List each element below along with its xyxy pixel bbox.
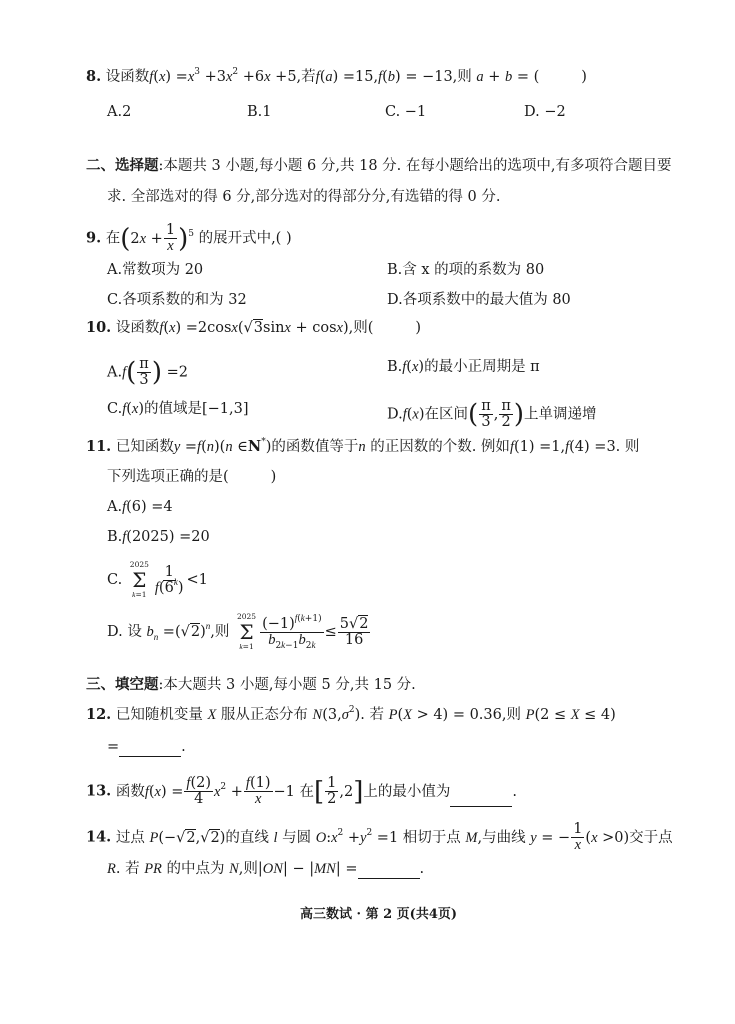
q10-stem: 10. 设函数f(x) =2cosx(√3sinx + cosx),则() — [86, 318, 421, 338]
q10-option-a: A.f(π3) =2 — [107, 357, 188, 388]
q12-answer-blank[interactable] — [119, 742, 181, 757]
q13-answer-blank[interactable] — [450, 792, 512, 807]
q14-stem-line2: R. 若 PR 的中点为 N,则|ON| − |MN| =. — [107, 859, 424, 879]
q8-option-b: B.1 — [247, 102, 272, 122]
page-footer: 高三数试 · 第 2 页(共4页) — [300, 905, 457, 925]
q12-number: 12. — [86, 706, 111, 723]
section3-title: 三、填空题 — [86, 676, 159, 693]
q9-stem: 9. 在(2x +1x)5 的展开式中,( ) — [86, 223, 292, 254]
q10-option-b: B.f(x)的最小正周期是 π — [387, 357, 540, 377]
q8-option-a: A.2 — [107, 102, 131, 122]
q11-stem-line2: 下列选项正确的是() — [107, 467, 276, 487]
q11-option-c: C. 2025Σk=11f(6k)<1 — [107, 560, 208, 600]
q9-option-a: A.常数项为 20 — [107, 260, 203, 280]
q8-stem-text: 设函数f(x) =x3 +3x2 +6x +5,若f(a) =15,f(b) =… — [106, 69, 587, 85]
q13-stem: 13. 函数f(x) =f(2)4x2 +f(1)x−1 在[12,2]上的最小… — [86, 776, 517, 807]
q14-answer-blank[interactable] — [358, 864, 420, 879]
q10-option-c: C.f(x)的值域是[−1,3] — [107, 399, 249, 419]
q10-number: 10. — [86, 319, 111, 336]
q9-prefix: 在 — [106, 231, 121, 247]
q14-stem-line1: 14. 过点 P(−√2,√2)的直线 l 与圆 O:x2 +y2 =1 相切于… — [86, 822, 673, 853]
q8-number: 8. — [86, 68, 101, 85]
q11-option-a: A.f(6) =4 — [107, 497, 173, 517]
q11-option-b: B.f(2025) =20 — [107, 527, 210, 547]
section2-header: 二、选择题:本题共 3 小题,每小题 6 分,共 18 分. 在每小题给出的选项… — [86, 156, 671, 176]
q8-option-c: C. −1 — [385, 102, 426, 122]
q11-stem-line1: 11. 已知函数y =f(n)(n ∈N*)的函数值等于n 的正因数的个数. 例… — [86, 437, 639, 457]
section3-header: 三、填空题:本大题共 3 小题,每小题 5 分,共 15 分. — [86, 675, 416, 695]
q12-stem-line2: =. — [107, 737, 186, 757]
q9-option-c: C.各项系数的和为 32 — [107, 290, 247, 310]
q14-number: 14. — [86, 829, 111, 846]
section2-desc-line1: :本题共 3 小题,每小题 6 分,共 18 分. 在每小题给出的选项中,有多项… — [159, 158, 672, 174]
q8-stem: 8. 设函数f(x) =x3 +3x2 +6x +5,若f(a) =15,f(b… — [86, 67, 587, 87]
section3-desc: :本大题共 3 小题,每小题 5 分,共 15 分. — [159, 677, 416, 693]
q10-option-d: D.f(x)在区间(π3,π2)上单调递增 — [387, 399, 597, 430]
section2-desc-line2: 求. 全部选对的得 6 分,部分选对的得部分分,有选错的得 0 分. — [107, 187, 500, 207]
q9-option-d: D.各项系数中的最大值为 80 — [387, 290, 571, 310]
section2-title: 二、选择题 — [86, 157, 159, 174]
q8-option-d: D. −2 — [524, 102, 566, 122]
q11-option-d: D. 设 bn =(√2)n,则 2025Σk=1(−1)f(k+1)b2k−1… — [107, 612, 371, 652]
q10-stem-text: 设函数f(x) =2cosx(√3sinx + cosx),则() — [116, 320, 421, 336]
q13-number: 13. — [86, 783, 111, 800]
q9-suffix: 的展开式中,( ) — [199, 231, 292, 247]
q11-number: 11. — [86, 438, 111, 455]
q9-number: 9. — [86, 230, 101, 247]
q9-expression: (2x +1x)5 — [120, 231, 194, 247]
q9-option-b: B.含 x 的项的系数为 80 — [387, 260, 544, 280]
q12-stem-line1: 12. 已知随机变量 X 服从正态分布 N(3,σ2). 若 P(X > 4) … — [86, 705, 616, 725]
